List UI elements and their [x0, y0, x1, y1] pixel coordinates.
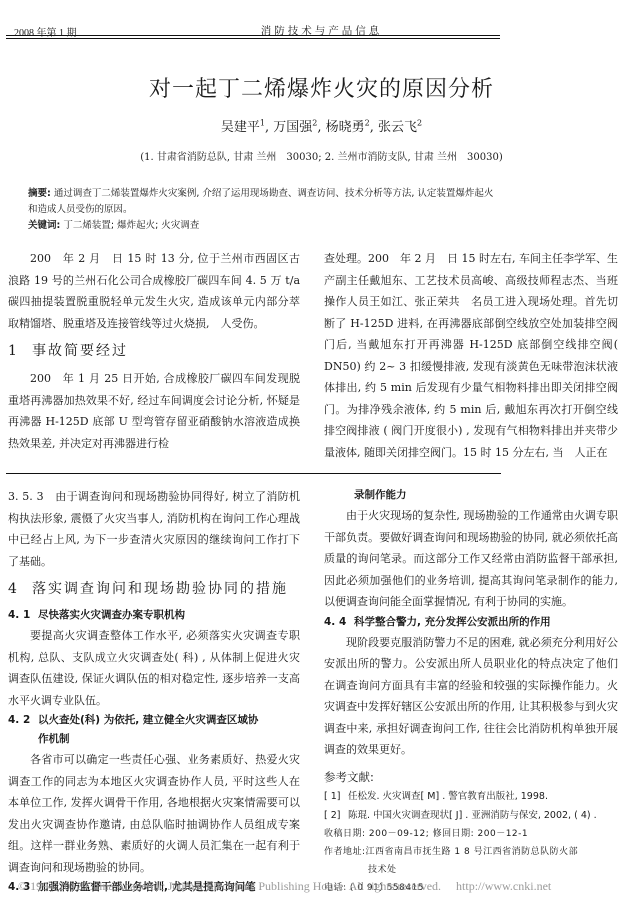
abstract: 摘要: 通过调查丁二烯装置爆炸火灾案例, 介绍了运用现场勘查、调查访问、技术分析… — [28, 186, 498, 218]
reference-item: [ 1]任松发. 火灾调查[ M] . 警官教育出版社, 1998. — [324, 787, 618, 806]
author: 杨晓勇 — [326, 120, 365, 135]
section-4-heading: 4落实调查询问和现场勘验协同的措施 — [8, 576, 300, 602]
author-address-cont: 技术处 — [324, 861, 618, 879]
reference-item: [ 2]陈琨. 中国火灾调查现状[ J] . 亚洲消防与保安, 2002, ( … — [324, 806, 618, 825]
abstract-block: 摘要: 通过调查丁二烯装置爆炸火灾案例, 介绍了运用现场勘查、调查访问、技术分析… — [28, 186, 498, 234]
author-affil-mark: 2 — [365, 119, 370, 128]
received-date: 收稿日期: 200－09-12; 修回日期: 200－12-1 — [324, 825, 618, 843]
subsection-4-3-heading-cont: 录制作能力 — [324, 486, 618, 505]
section-1-heading: 1事故简要经过 — [8, 338, 300, 364]
top-left-column: 200 年 2 月 日 15 时 13 分, 位于兰州市西固区古浪路 19 号的… — [8, 248, 300, 454]
author-affil-mark: 2 — [417, 119, 422, 128]
subsection-4-1-heading: 4. 1尽快落实火灾调查办案专职机构 — [8, 606, 300, 625]
header-rule-thick — [6, 38, 500, 39]
continued-paragraph: 查处理。200 年 2 月 日 15 时左右, 车间主任李学军、生产副主任戴旭东… — [324, 248, 618, 463]
affiliation: (1. 甘肃省消防总队, 甘肃 兰州 30030; 2. 兰州市消防支队, 甘肃… — [0, 148, 643, 163]
subsection-4-1-paragraph: 要提高火灾调查整体工作水平, 必须落实火灾调查专职机构, 总队、支队成立火灾调查… — [8, 625, 300, 711]
author-affil-mark: 2 — [312, 119, 317, 128]
bottom-left-column: 3. 5. 3 由于调查询问和现场勘验协同得好, 树立了消防机构执法形象, 震慑… — [8, 486, 300, 897]
author: 张云飞 — [378, 120, 417, 135]
keywords-label: 关键词: — [28, 220, 60, 231]
author: 万国强 — [273, 120, 312, 135]
keywords-text: 丁二烯装置; 爆炸起火; 火灾调查 — [63, 220, 199, 231]
top-right-column: 查处理。200 年 2 月 日 15 时左右, 车间主任李学军、生产副主任戴旭东… — [324, 248, 618, 463]
subsection-4-2-paragraph: 各省市可以确定一些责任心强、业务素质好、热爱火灾调查工作的同志为本地区火灾调查协… — [8, 749, 300, 878]
keywords: 关键词: 丁二烯装置; 爆炸起火; 火灾调查 — [28, 218, 498, 234]
header-rule-thin — [6, 35, 500, 36]
subsection-4-3-paragraph: 由于火灾现场的复杂性, 现场勘验的工作通常由火调专职干部负责。要做好调查询问和现… — [324, 505, 618, 613]
paragraph-3-5-3: 3. 5. 3 由于调查询问和现场勘验协同得好, 树立了消防机构执法形象, 震慑… — [8, 486, 300, 572]
subsection-4-4-paragraph: 现阶段要克服消防警力不足的困难, 就必须充分利用好公安派出所的警力。公安派出所人… — [324, 632, 618, 761]
subsection-4-2-heading: 4. 2以火查处(科) 为依托, 建立健全火灾调查区域协作机制 — [8, 711, 300, 749]
abstract-text: 通过调查丁二烯装置爆炸火灾案例, 介绍了运用现场勘查、调查访问、技术分析等方法,… — [28, 188, 493, 215]
copyright-watermark: © 1994-2012 China Academic Journal Elect… — [18, 877, 551, 894]
section-divider — [6, 473, 501, 474]
bottom-right-column: 录制作能力 由于火灾现场的复杂性, 现场勘验的工作通常由火调专职干部负责。要做好… — [324, 486, 618, 897]
author: 吴建平 — [221, 120, 260, 135]
article-title: 对一起丁二烯爆炸火灾的原因分析 — [0, 72, 643, 103]
author-affil-mark: 1 — [260, 119, 265, 128]
section-1-paragraph: 200 年 1 月 25 日开始, 合成橡胶厂碳四车间发现脱重塔再沸器加热效果不… — [8, 368, 300, 454]
subsection-4-4-heading: 4. 4科学整合警力, 充分发挥公安派出所的作用 — [324, 613, 618, 632]
author-address: 作者地址:江西省南昌市抚生路 1 8 号江西省消防总队防火部 — [324, 843, 618, 861]
abstract-label: 摘要: — [28, 188, 51, 199]
author-list: 吴建平1, 万国强2, 杨晓勇2, 张云飞2 — [0, 116, 643, 135]
references-heading: 参考文献: — [324, 767, 618, 787]
intro-paragraph: 200 年 2 月 日 15 时 13 分, 位于兰州市西固区古浪路 19 号的… — [8, 248, 300, 334]
